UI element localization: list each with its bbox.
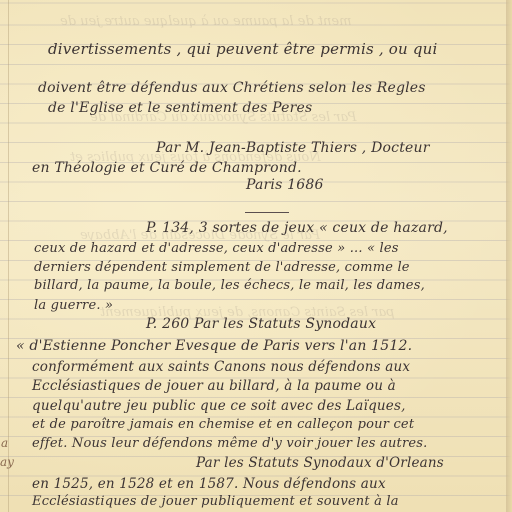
- right-page-edge: [506, 0, 512, 512]
- section-divider: [245, 212, 289, 213]
- text-line: effet. Nous leur défendons même d'y voir…: [32, 436, 427, 451]
- text-line: Par M. Jean-Baptiste Thiers , Docteur: [156, 140, 430, 156]
- text-line: en 1525, en 1528 et en 1587. Nous défend…: [32, 476, 386, 492]
- text-line: la guerre. »: [34, 298, 113, 313]
- text-line: conformément aux saints Canons nous défe…: [32, 359, 410, 375]
- text-line: Paris 1686: [246, 177, 324, 193]
- text-line: P. 260 Par les Statuts Synodaux: [146, 316, 376, 332]
- text-line: ceux de hazard et d'adresse, ceux d'adre…: [34, 241, 399, 256]
- bleed-through-text: ment de la paume ou à quelque autre jeu …: [60, 14, 351, 29]
- margin-annotation: a: [1, 436, 8, 450]
- text-line: divertissements , qui peuvent être permi…: [48, 40, 438, 58]
- text-line: « d'Estienne Poncher Evesque de Paris ve…: [16, 338, 412, 354]
- text-line: derniers dépendent simplement de l'adres…: [34, 260, 410, 275]
- text-line: Par les Statuts Synodaux d'Orleans: [196, 455, 444, 471]
- manuscript-page: ment de la paume ou à quelque autre jeu …: [0, 0, 512, 512]
- text-line: doivent être défendus aux Chrétiens selo…: [38, 80, 426, 96]
- text-line: P. 134, 3 sortes de jeux « ceux de hazar…: [146, 220, 448, 236]
- text-line: de l'Eglise et le sentiment des Peres: [48, 100, 312, 116]
- text-line: Ecclésiastiques de jouer publiquement et…: [32, 494, 399, 509]
- text-line: Ecclésiastiques de jouer au billard, à l…: [32, 378, 396, 394]
- text-line: quelqu'autre jeu public que ce soit avec…: [32, 398, 406, 414]
- text-line: billard, la paume, la boule, les échecs,…: [34, 278, 425, 293]
- text-line: et de paroître jamais en chemise et en c…: [32, 417, 414, 432]
- text-line: en Théologie et Curé de Champrond.: [32, 160, 302, 176]
- margin-annotation: ay: [0, 455, 14, 469]
